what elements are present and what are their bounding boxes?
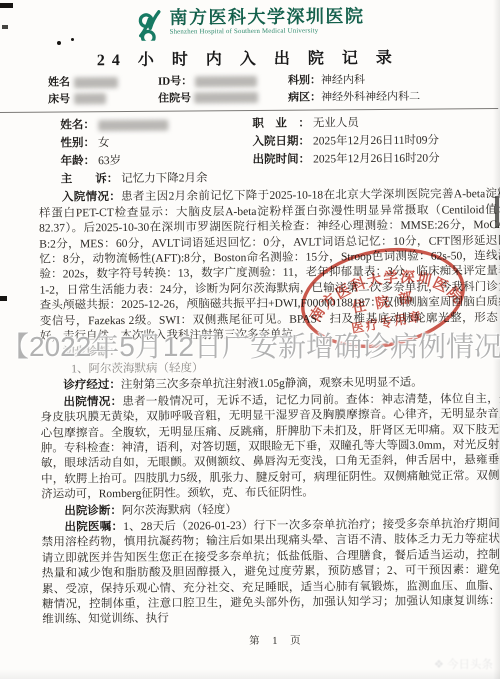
ward-label: 病区： <box>288 91 321 103</box>
case-number-label: 住院号 <box>158 90 191 107</box>
hospital-logo-row: 南方医科大学深圳医院 Shenzhen Hospital of Southern… <box>0 4 498 45</box>
sex-label: 性别： <box>60 136 95 152</box>
scan-edge-shadow-bottom <box>0 669 500 679</box>
scan-artifact-mark <box>495 196 499 228</box>
discharge-orders-paragraph: 出院医嘱：1、28天后（2026-01-23）行下一次多奈单抗治疗；接受多奈单抗… <box>41 517 500 629</box>
discharge-status-text: 患者一般情况可，无诉不适，记忆力同前。查体：神志清楚，体位自主，全身皮肤巩膜无黄… <box>41 393 500 501</box>
redacted-case-number-value <box>194 92 258 104</box>
page-number: 第 1 页 <box>42 632 500 651</box>
app-watermark: ❖ 今日头条 <box>434 656 493 672</box>
sex-value: 女 <box>98 136 110 151</box>
watermark-text: 今日头条 <box>447 656 493 672</box>
name-label: 姓名 <box>48 74 70 91</box>
admission-date-value: 2025年12月26日11时09分 <box>313 134 439 150</box>
age-label: 年龄： <box>61 154 96 170</box>
redacted-name-value <box>74 77 118 88</box>
discharge-status-paragraph: 出院情况：患者一般情况可，无诉不适，记忆力同前。查体：神志清楚，体位自主，全身皮… <box>40 392 500 504</box>
chief-complaint-value: 记忆力下降2月余 <box>121 171 207 187</box>
age-value: 63岁 <box>98 154 121 170</box>
hospital-logo-icon <box>130 7 163 46</box>
chief-complaint-label: 主 诉： <box>61 172 119 188</box>
occupation-label: 职 业 ： <box>252 117 310 133</box>
hospital-name: 南方医科大学深圳医院 <box>169 5 364 29</box>
header-fields-row-2: 床号 住院号 病区：神经外科神经内科二 <box>48 88 498 108</box>
header-divider <box>0 108 498 113</box>
document-header: 南方医科大学深圳医院 Shenzhen Hospital of Southern… <box>0 0 498 71</box>
scan-artifact-dot <box>57 41 61 45</box>
id-label: ID号： <box>158 73 192 90</box>
header-fields: 姓名 ID号： 科别：神经内科 床号 住院号 病区：神经外科神经内科二 <box>48 71 498 108</box>
record-body: 姓名： 职 业 ：无业人员 性别：女 入院日期：2025年12月26日11时09… <box>38 115 500 651</box>
ward-value: 神经外科神经内科二 <box>321 90 420 103</box>
redacted-patient-name <box>98 120 168 132</box>
discharge-time-value: 2025年12月26日16时20分 <box>313 152 440 168</box>
scanned-medical-record-photo: 南方医科大学深圳医院 Shenzhen Hospital of Southern… <box>0 0 500 679</box>
department-label: 科别： <box>288 74 321 86</box>
admission-date-label: 入院日期： <box>252 135 310 151</box>
patient-info-grid: 姓名： 职 业 ：无业人员 性别：女 入院日期：2025年12月26日11时09… <box>60 115 500 188</box>
discharge-time-label: 出院时间： <box>253 153 311 169</box>
scan-artifact-mark <box>0 3 13 8</box>
redacted-bed-value <box>74 93 106 104</box>
redacted-id-value <box>195 76 257 87</box>
department-value: 神经内科 <box>321 74 365 86</box>
hospital-name-english: Shenzhen Hospital of Southern Medical Un… <box>170 27 365 37</box>
bed-label: 床号 <box>48 91 70 108</box>
scan-artifact-mark <box>2 25 8 29</box>
watermark-logo-icon: ❖ <box>434 657 444 671</box>
treatment-course-label: 诊疗经过： <box>63 379 121 391</box>
treatment-course-text: 注射第三次多奈单抗注射液1.05g静滴，观察未见明显不适。 <box>121 377 423 391</box>
document-title: 24 小 时 内 入 出 院 记 录 <box>0 44 498 71</box>
discharge-orders-label: 出院医嘱： <box>64 521 123 533</box>
news-caption-overlay: 【2022年5月12日广安新增确诊病例情况】 <box>1 325 500 365</box>
discharge-status-label: 出院情况： <box>63 396 122 408</box>
discharge-diagnosis-value: 阿尔茨海默病（轻度） <box>122 504 237 517</box>
occupation-value: 无业人员 <box>313 116 359 132</box>
hospital-name-block: 南方医科大学深圳医院 Shenzhen Hospital of Southern… <box>169 5 364 37</box>
patient-name-label: 姓名： <box>60 118 95 134</box>
admission-status-label: 入院情况： <box>62 191 121 203</box>
discharge-diagnosis-label: 出院诊断： <box>64 505 122 517</box>
scan-artifact-dot <box>71 38 74 41</box>
discharge-orders-text: 1、28天后（2026-01-23）行下一次多奈单抗治疗；接受多奈单抗治疗期间，… <box>42 518 500 626</box>
scan-artifact-mark <box>0 296 7 301</box>
